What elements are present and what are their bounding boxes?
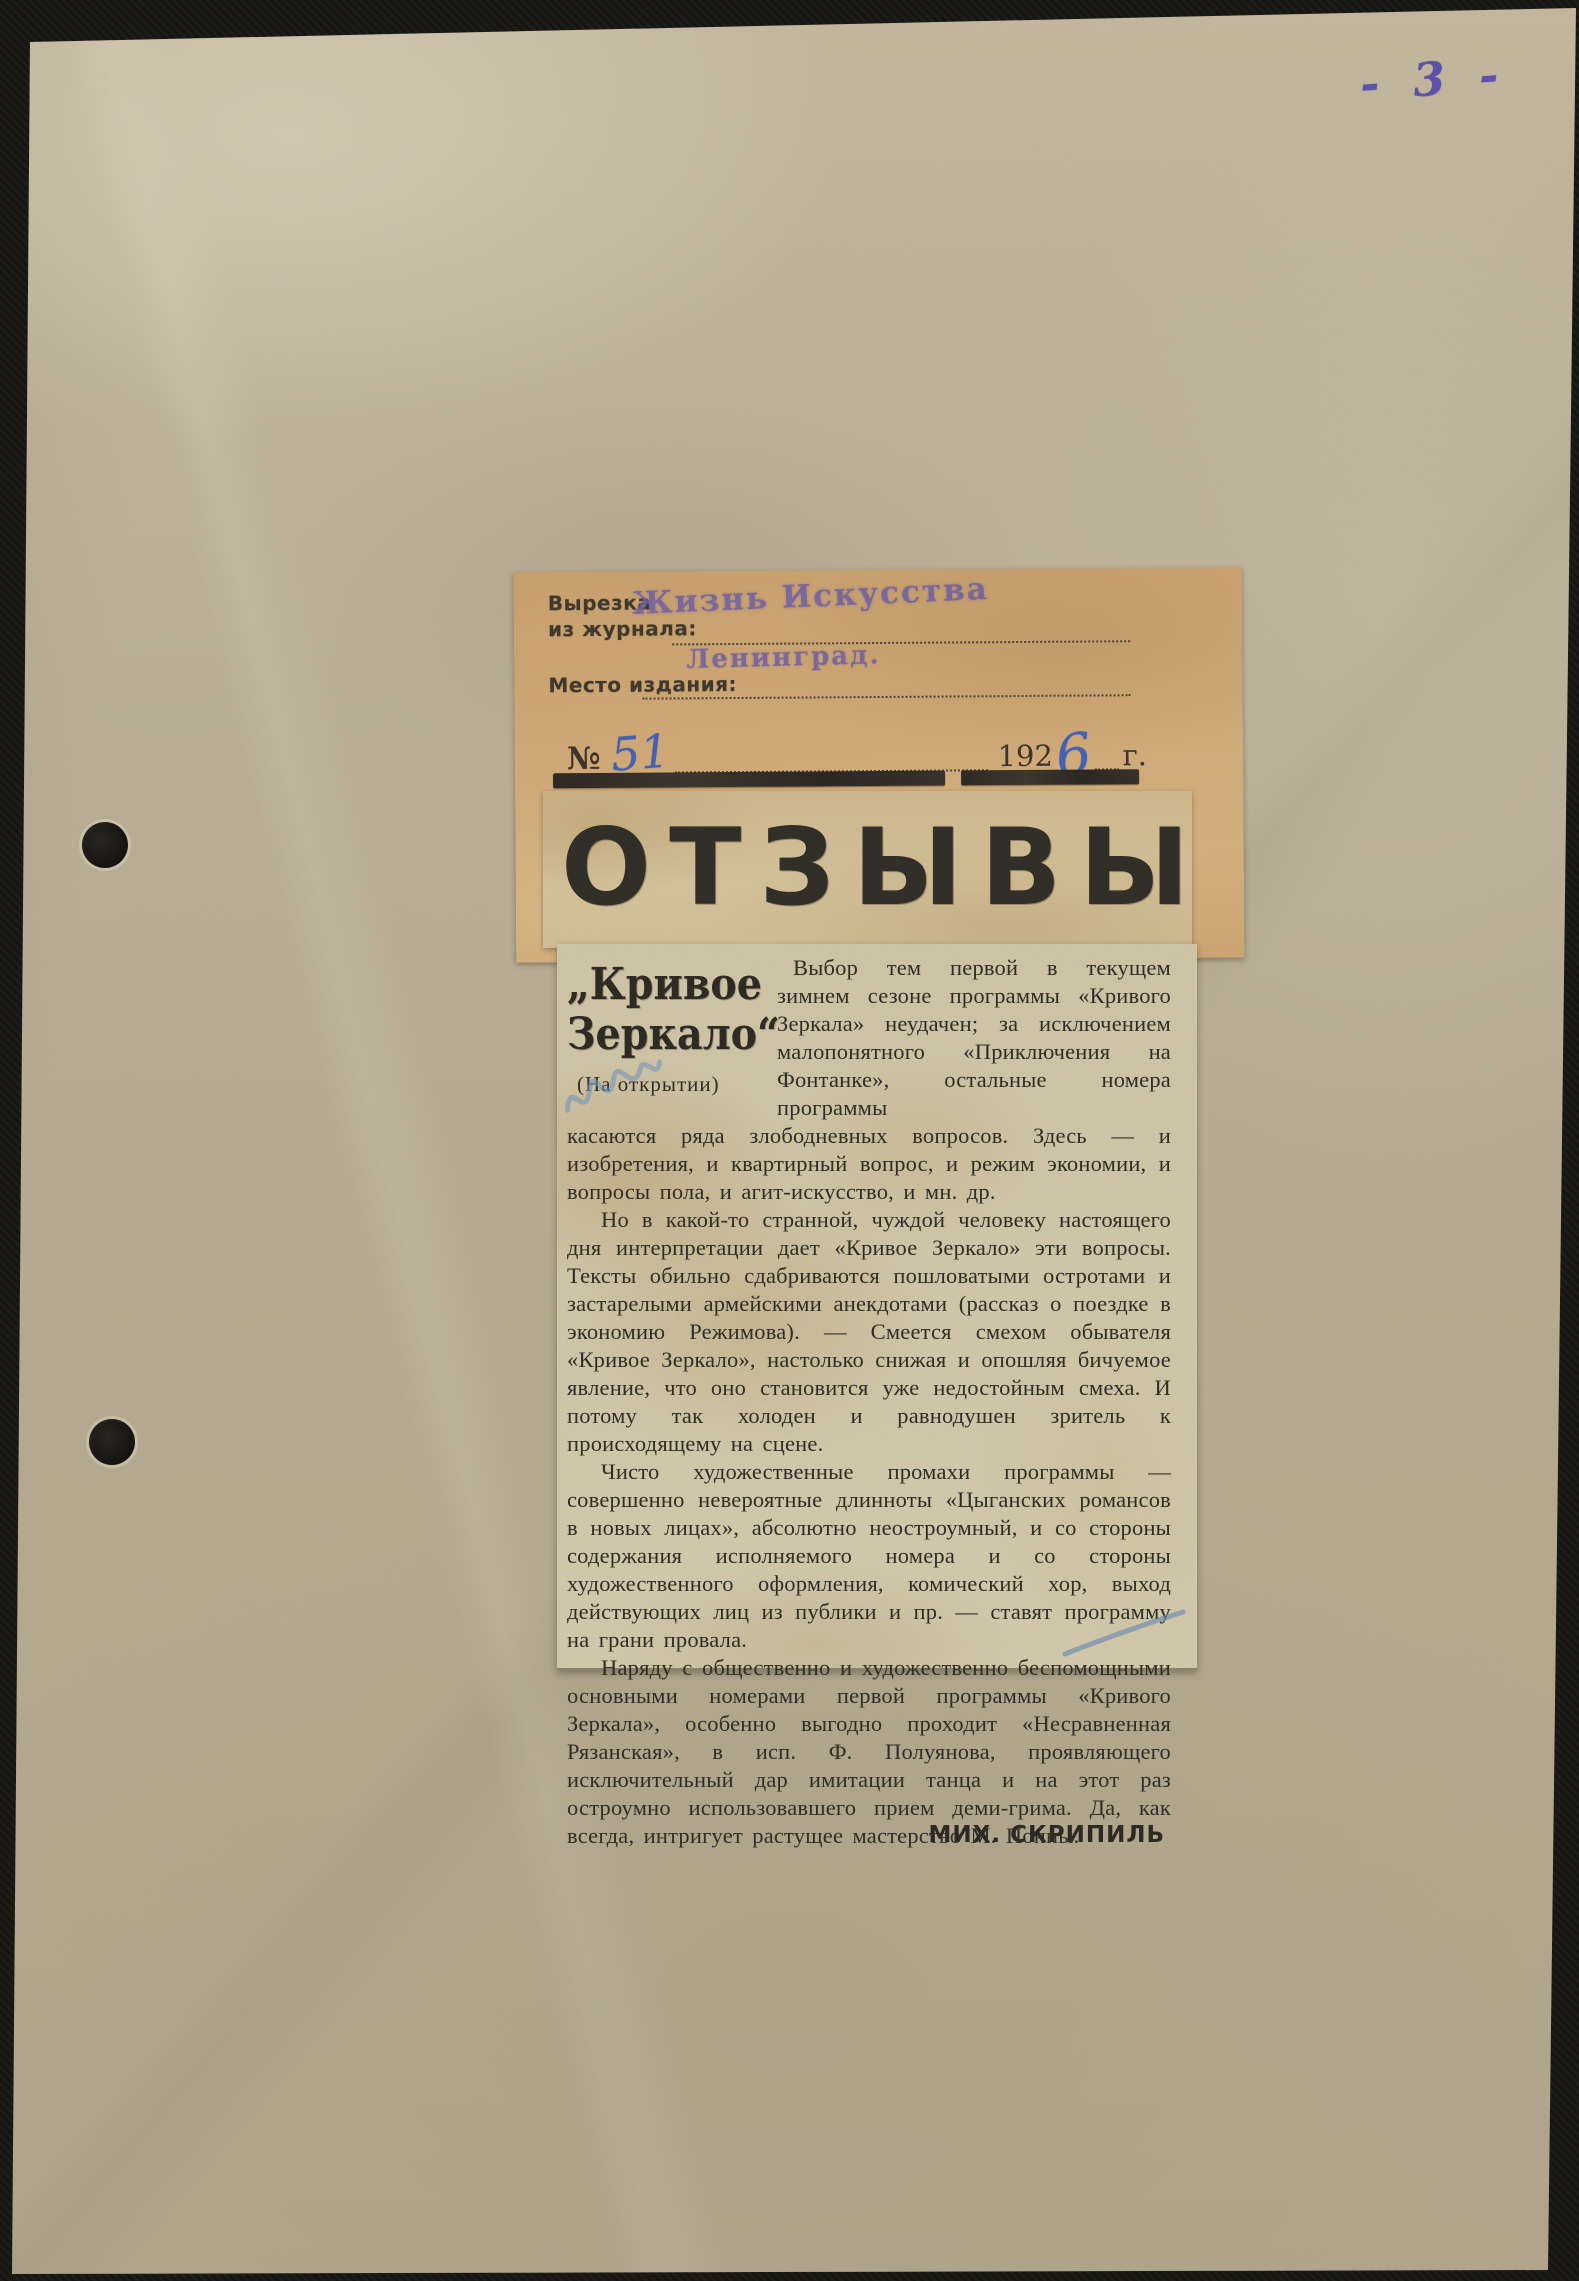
label-divider-bar-right [961, 769, 1139, 785]
label-dotted-line-journal [672, 614, 1130, 645]
year-suffix: г. [1122, 738, 1147, 772]
page-number-handwritten: - 3 - [1358, 47, 1509, 111]
article-paragraph-2: Но в какой-то странной, чуждой человеку … [567, 1206, 1171, 1458]
article-paragraph-4: Наряду с общественно и художественно бес… [567, 1654, 1171, 1850]
city-stamp: Ленинград. [686, 640, 881, 675]
punch-hole-top [82, 822, 128, 868]
clipping-article: „Кривое Зеркало“ (На открытии) Выбор тем… [557, 944, 1197, 1670]
punch-hole-bottom [89, 1419, 135, 1465]
headline-title: ОТЗЫВЫ [543, 797, 1192, 939]
year-printed: 192 [997, 739, 1053, 773]
article-title-column: „Кривое Зеркало“ (На открытии) [567, 952, 777, 1122]
article-title-line1: „Кривое [567, 960, 756, 1010]
label-dotted-line-place [642, 670, 1130, 699]
article-top-section: „Кривое Зеркало“ (На открытии) Выбор тем… [567, 952, 1171, 1122]
scan-bed: { "page": { "number": "- 3 -" }, "label"… [0, 0, 1579, 2281]
album-page: - 3 - Вырезка из журнала: Жизнь Искусств… [0, 0, 1579, 2281]
clipping-headline-strip: ОТЗЫВЫ [543, 791, 1192, 948]
issue-number-sign: № [567, 741, 601, 777]
label-divider-bar-left [553, 771, 945, 789]
journal-name-stamp: Жизнь Искусства [631, 571, 989, 622]
blue-pencil-stroke-icon [1055, 1602, 1195, 1664]
article-intro-continued: касаются ряда злободневных вопросов. Зде… [567, 1122, 1171, 1206]
article-intro-paragraph: Выбор тем первой в текущем зимнем сезоне… [777, 954, 1171, 1122]
article-intro-column: Выбор тем первой в текущем зимнем сезоне… [777, 952, 1171, 1122]
